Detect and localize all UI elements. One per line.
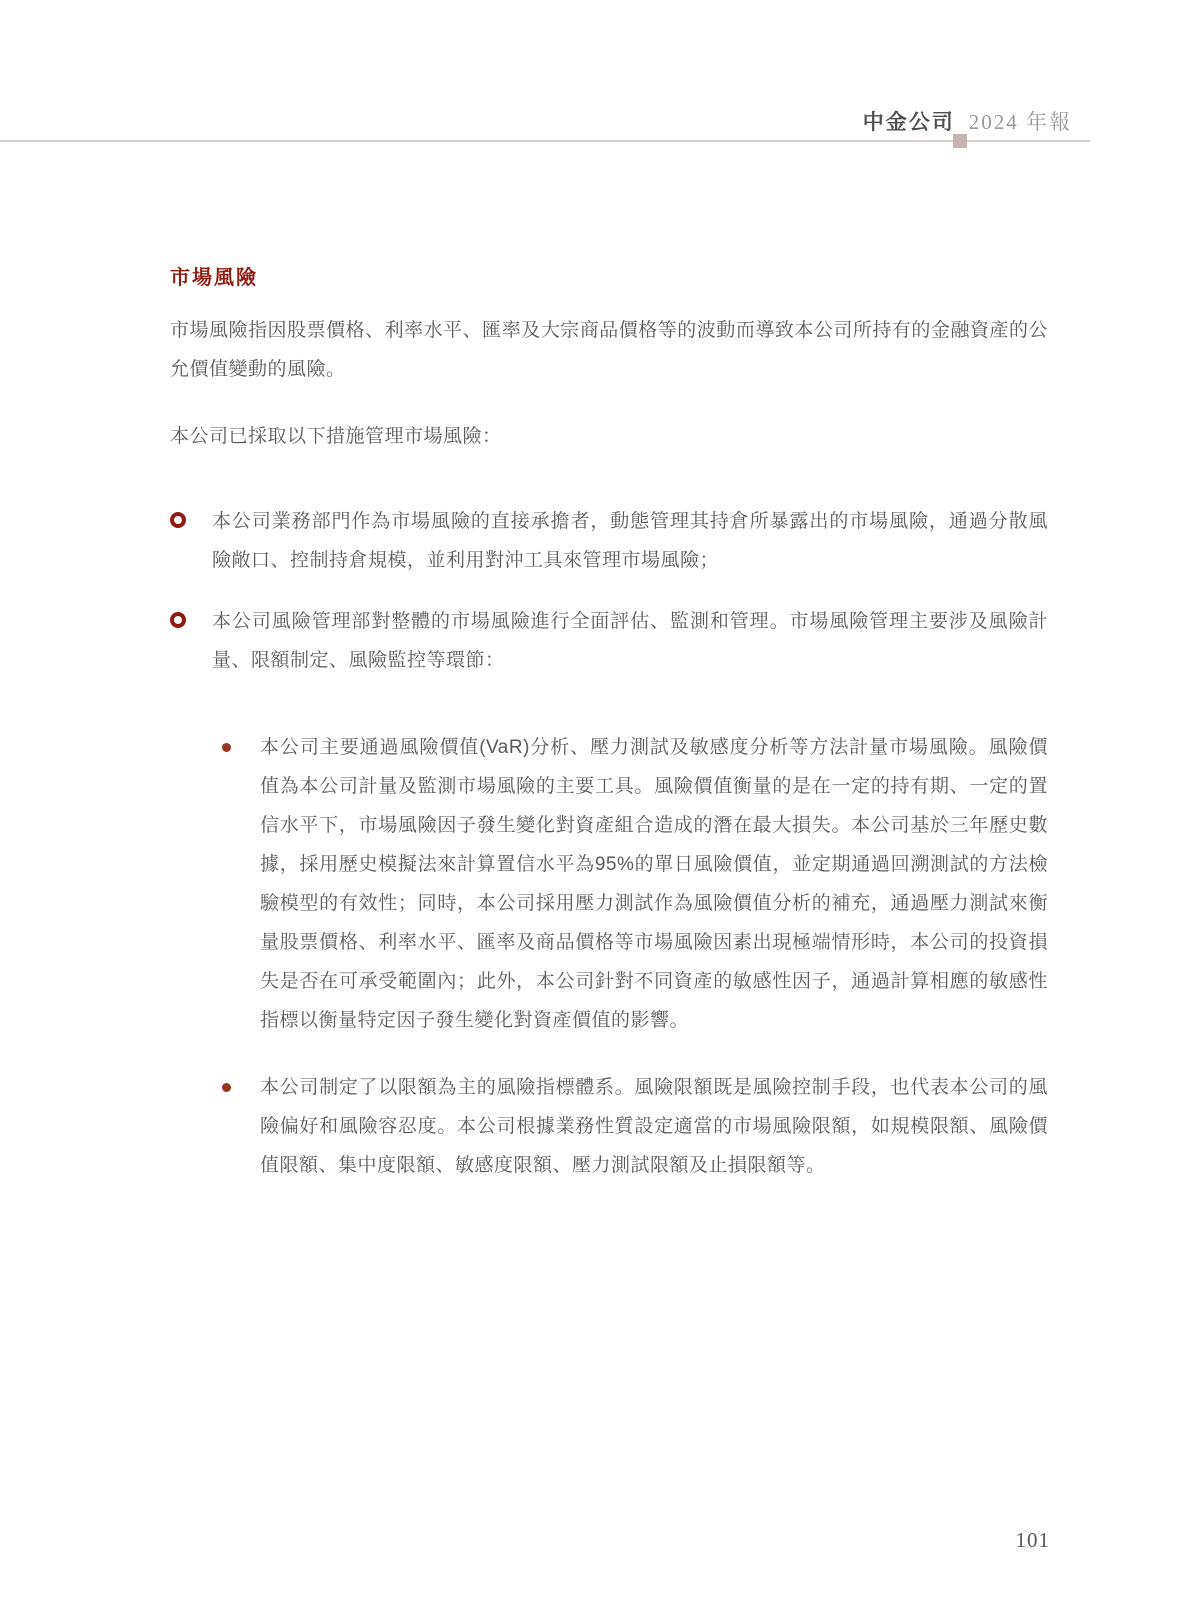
ring-bullet-icon bbox=[170, 612, 186, 628]
lead-paragraph: 本公司已採取以下措施管理市場風險： bbox=[170, 417, 1048, 456]
section-title: 市場風險 bbox=[170, 263, 1048, 293]
company-name: 中金公司 bbox=[863, 110, 955, 134]
main-content: 市場風險 市場風險指因股票價格、利率水平、匯率及大宗商品價格等的波動而導致本公司… bbox=[170, 263, 1048, 1213]
sub-bullet-text: 本公司制定了以限額為主的風險指標體系。風險限額既是風險控制手段，也代表本公司的風… bbox=[260, 1077, 1048, 1176]
sub-bullet-text: 本公司主要通過風險價值(VaR)分析、壓力測試及敏感度分析等方法計量市場風險。風… bbox=[260, 737, 1048, 1031]
header-rule bbox=[0, 140, 1090, 142]
report-year: 2024 年報 bbox=[969, 110, 1072, 134]
page-number: 101 bbox=[1016, 1528, 1051, 1553]
list-item: 本公司主要通過風險價值(VaR)分析、壓力測試及敏感度分析等方法計量市場風險。風… bbox=[222, 728, 1048, 1040]
ring-bullet-icon bbox=[170, 512, 186, 528]
sub-bullet-list: 本公司主要通過風險價值(VaR)分析、壓力測試及敏感度分析等方法計量市場風險。風… bbox=[222, 728, 1048, 1185]
bullet-list: 本公司業務部門作為市場風險的直接承擔者，動態管理其持倉所暴露出的市場風險，通過分… bbox=[170, 502, 1048, 680]
list-item: 本公司制定了以限額為主的風險指標體系。風險限額既是風險控制手段，也代表本公司的風… bbox=[222, 1068, 1048, 1185]
bullet-text: 本公司業務部門作為市場風險的直接承擔者，動態管理其持倉所暴露出的市場風險，通過分… bbox=[212, 511, 1048, 571]
bullet-text: 本公司風險管理部對整體的市場風險進行全面評估、監測和管理。市場風險管理主要涉及風… bbox=[212, 611, 1048, 671]
dot-bullet-icon bbox=[222, 1083, 231, 1092]
dot-bullet-icon bbox=[222, 743, 231, 752]
rule-square-icon bbox=[953, 134, 967, 148]
intro-paragraph: 市場風險指因股票價格、利率水平、匯率及大宗商品價格等的波動而導致本公司所持有的金… bbox=[170, 311, 1048, 389]
list-item: 本公司業務部門作為市場風險的直接承擔者，動態管理其持倉所暴露出的市場風險，通過分… bbox=[170, 502, 1048, 580]
list-item: 本公司風險管理部對整體的市場風險進行全面評估、監測和管理。市場風險管理主要涉及風… bbox=[170, 602, 1048, 680]
page-header: 中金公司2024 年報 bbox=[863, 106, 1072, 136]
report-page: 中金公司2024 年報 市場風險 市場風險指因股票價格、利率水平、匯率及大宗商品… bbox=[0, 0, 1190, 1615]
